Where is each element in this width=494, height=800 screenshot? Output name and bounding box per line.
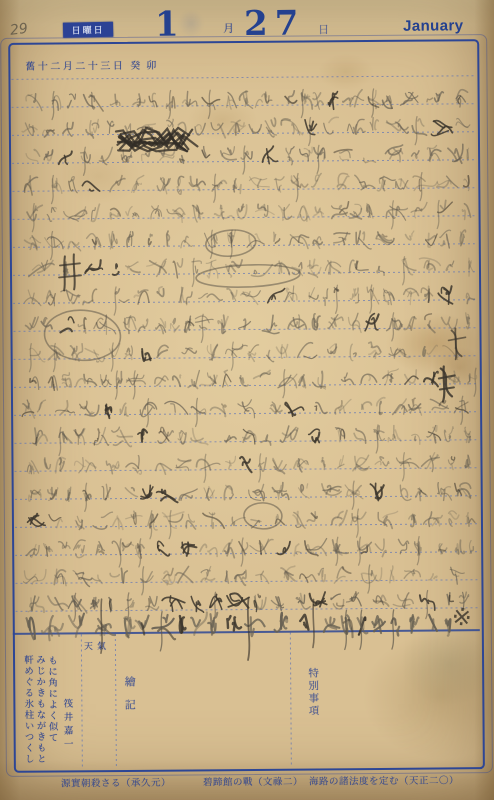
diary-page-scan: 29 日曜日 1 月 27 日 January 舊十二月二十三日 癸卯 軒めぐる… (0, 0, 494, 800)
footer-event-1: 源實朝殺さる（承久元） (61, 775, 171, 790)
entry-end-mark: ※ (450, 602, 473, 632)
footer-event-2: 碧蹄館の戰（文祿二） (203, 774, 303, 789)
handwriting-layer (0, 0, 494, 800)
scan-tilt-wrapper: 29 日曜日 1 月 27 日 January 舊十二月二十三日 癸卯 軒めぐる… (0, 0, 494, 800)
footer-event-3: 海路の諸法度を定む（天正二〇） (309, 772, 459, 787)
